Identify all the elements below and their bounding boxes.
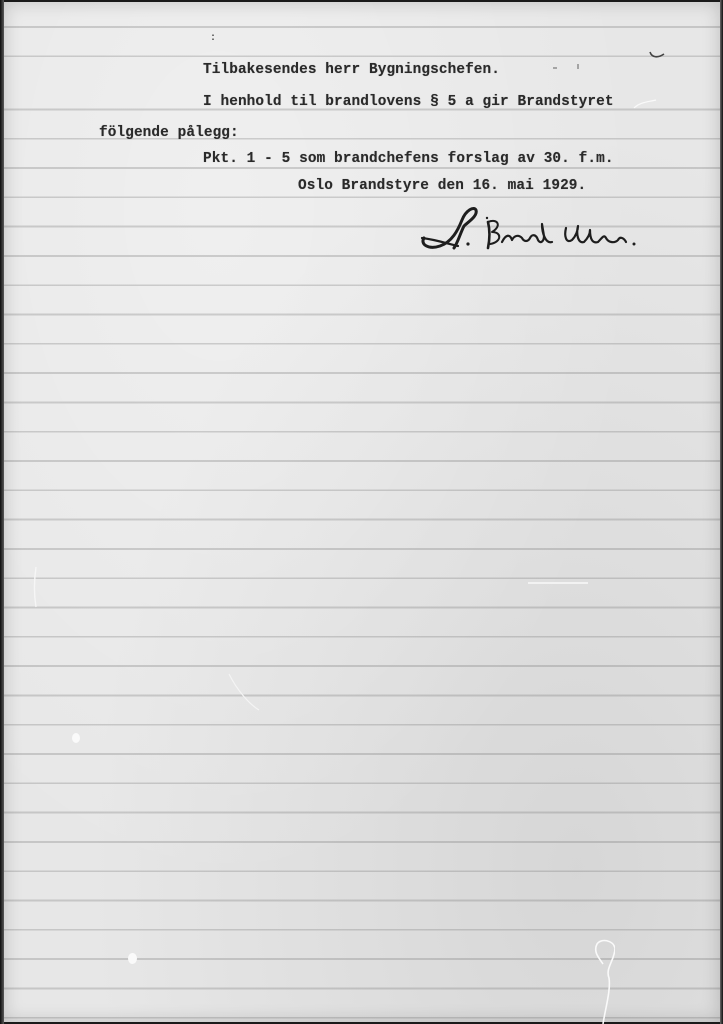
top-colon-mark: : <box>210 33 216 44</box>
dust-mark-artifact <box>550 60 590 75</box>
line-place-date: Oslo Brandstyre den 16. mai 1929. <box>298 179 586 193</box>
line-fire-law-reference: I henhold til brandlovens § 5 a gir Bran… <box>203 95 614 109</box>
white-scratch-artifact <box>575 930 615 1024</box>
white-scratch-artifact-2 <box>630 88 660 113</box>
handwritten-signature <box>418 204 643 256</box>
pen-mark-artifact <box>640 46 670 66</box>
line-following-order: fölgende pålegg: <box>99 126 239 140</box>
white-scratch-artifact-4 <box>225 670 265 715</box>
line-returned-to-building-chief: Tilbakesendes herr Bygningschefen. <box>203 63 500 77</box>
white-spot-artifact-2 <box>128 953 137 964</box>
line-points-proposal: Pkt. 1 - 5 som brandchefens forslag av 3… <box>203 152 614 166</box>
white-spot-artifact <box>72 733 80 743</box>
white-line-artifact <box>528 582 588 584</box>
white-scratch-artifact-3 <box>30 565 40 610</box>
